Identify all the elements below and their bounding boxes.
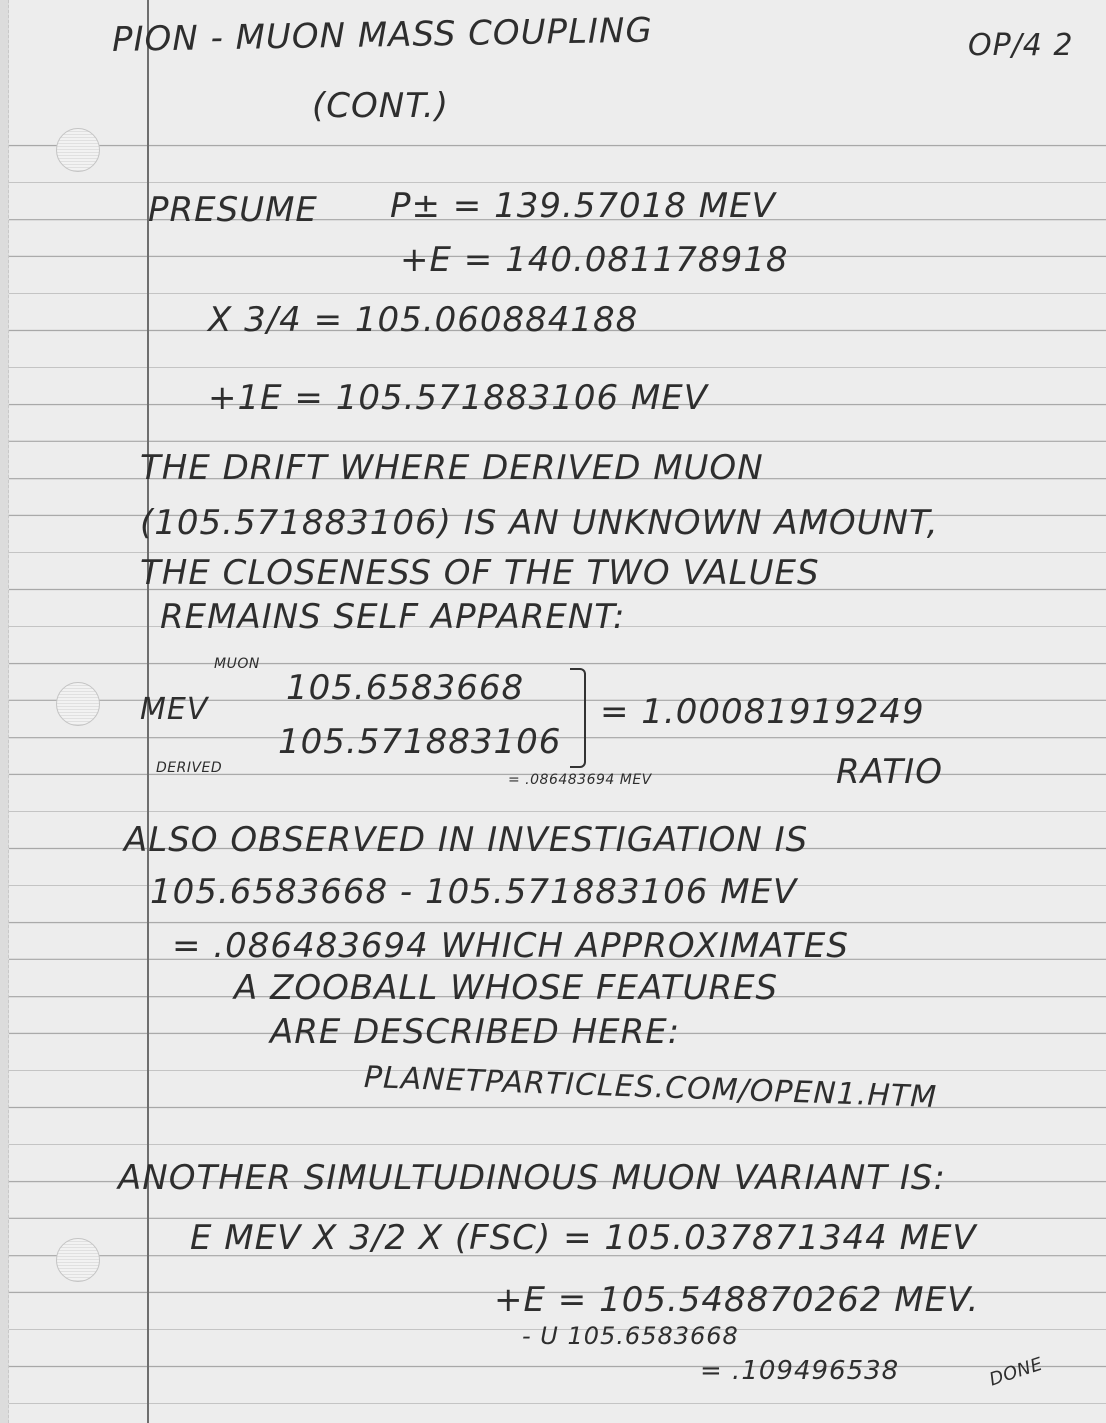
derived-label: DERIVED — [156, 760, 222, 776]
drift-line-4: REMAINS SELF APPARENT: — [160, 597, 625, 637]
mev-label: MEV — [140, 692, 208, 727]
ratio-label: RATIO — [836, 752, 943, 792]
page-number: OP/4 2 — [968, 28, 1074, 63]
page-subtitle: (CONT.) — [312, 86, 449, 126]
three-quarters-value: X 3/4 = 105.060884188 — [208, 300, 638, 340]
page-title: PION - MUON MASS COUPLING — [112, 11, 653, 60]
perforated-edge — [0, 0, 9, 1423]
observed-line-5: ARE DESCRIBED HERE: — [270, 1012, 680, 1052]
variant-difference: = .109496538 — [700, 1356, 899, 1386]
presume-label: PRESUME — [148, 190, 318, 230]
observed-line-4: A ZOOBALL WHOSE FEATURES — [234, 968, 778, 1008]
ratio-result: = 1.00081919249 — [600, 692, 925, 732]
drift-line-3: THE CLOSENESS OF THE TWO VALUES — [140, 553, 820, 593]
difference-value: = .086483694 MEV — [508, 772, 652, 788]
pion-plus-electron: +E = 140.081178918 — [400, 240, 788, 280]
variant-line-1: ANOTHER SIMULTUDINOUS MUON VARIANT IS: — [118, 1158, 946, 1198]
variant-formula: E MEV X 3/2 X (FSC) = 105.037871344 MEV — [190, 1218, 977, 1258]
drift-line-1: THE DRIFT WHERE DERIVED MUON — [140, 448, 764, 488]
notebook-page: PION - MUON MASS COUPLING (CONT.) OP/4 2… — [0, 0, 1106, 1423]
punch-hole-middle — [56, 682, 100, 726]
observed-line-1: ALSO OBSERVED IN INVESTIGATION IS — [124, 820, 808, 860]
ratio-bracket — [570, 668, 586, 768]
pion-mass: P± = 139.57018 MEV — [390, 186, 776, 226]
punch-hole-top — [56, 128, 100, 172]
variant-plus-electron: +E = 105.548870262 MEV. — [494, 1280, 979, 1320]
derived-value: 105.571883106 — [278, 722, 561, 762]
observed-line-2: 105.6583668 - 105.571883106 MEV — [150, 872, 797, 912]
variant-muon-subtract: - U 105.6583668 — [522, 1322, 739, 1350]
muon-value: 105.6583668 — [286, 668, 524, 708]
muon-label: MUON — [214, 656, 260, 672]
reference-url: PLANETPARTICLES.COM/OPEN1.HTM — [363, 1060, 937, 1115]
punch-hole-bottom — [56, 1238, 100, 1282]
derived-muon-value: +1E = 105.571883106 MEV — [208, 378, 708, 418]
signoff: DONE — [987, 1354, 1046, 1391]
observed-line-3: = .086483694 WHICH APPROXIMATES — [172, 926, 849, 966]
drift-line-2: (105.571883106) IS AN UNKNOWN AMOUNT, — [140, 503, 939, 543]
